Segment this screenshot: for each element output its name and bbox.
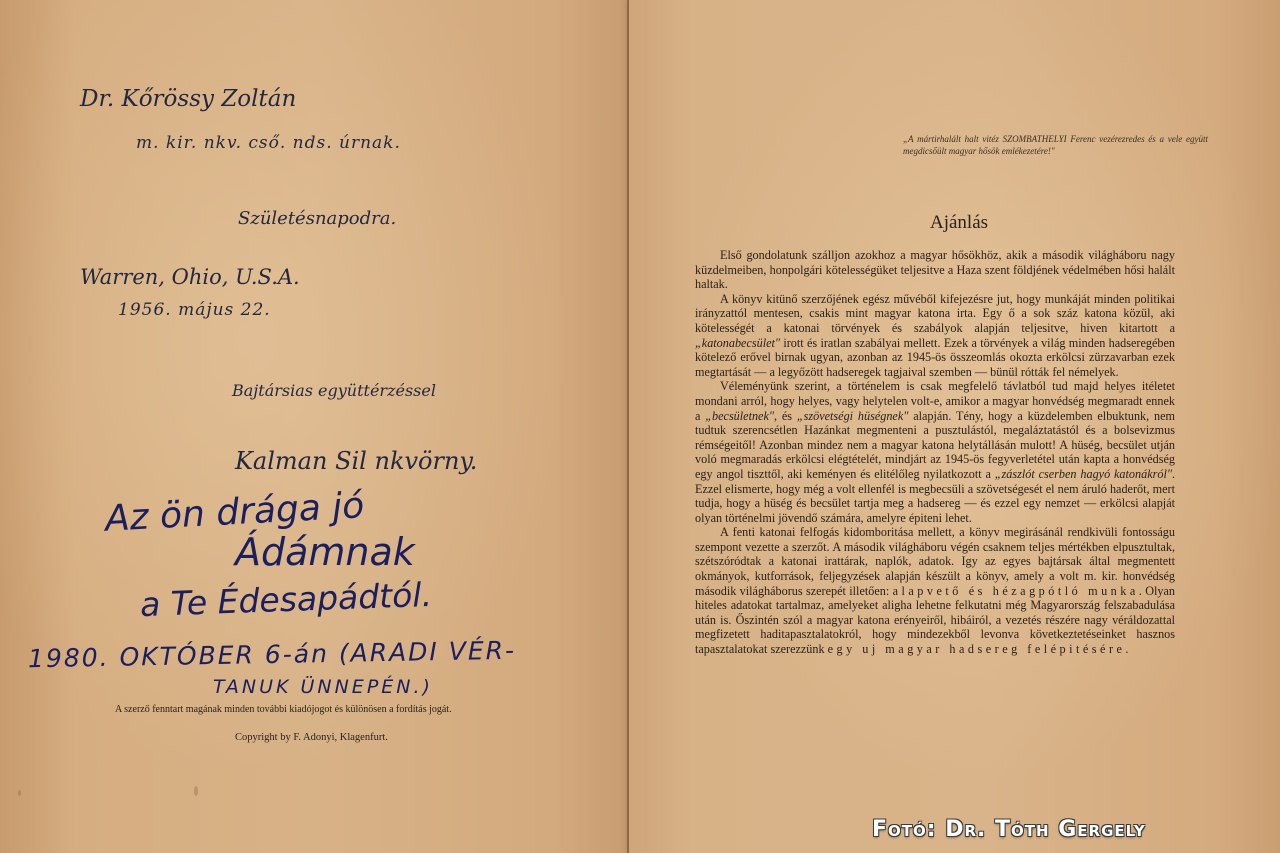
paper-stain xyxy=(194,786,198,796)
copyright-line: Copyright by F. Adonyi, Klagenfurt. xyxy=(235,732,388,743)
inscription-date: 1956. május 22. xyxy=(118,300,271,320)
paragraph-3: Véleményünk szerint, a történelem is csa… xyxy=(695,379,1175,525)
inscription-occasion: Születésnapodra. xyxy=(238,208,396,229)
paragraph-4: A fenti katonai felfogás kidomboritása m… xyxy=(695,525,1175,656)
inscription-recipient: Dr. Kőrössy Zoltán xyxy=(80,86,296,112)
paragraph-text: Első gondolatunk szálljon azokhoz a magy… xyxy=(695,248,1175,291)
emphasis: „zászlót cserben hagyó katonákról" xyxy=(995,467,1172,481)
emphasis: „katonabecsület" xyxy=(695,336,780,350)
emphasis: „szövetségi hüségnek" xyxy=(797,409,909,423)
paper-stain xyxy=(18,790,21,796)
inscription-place: Warren, Ohio, U.S.A. xyxy=(80,265,300,289)
inscription-closing: Bajtársias együttérzéssel xyxy=(232,381,436,400)
paragraph-2: A könyv kitünő szerzőjének egész művéből… xyxy=(695,292,1175,380)
paragraph-text: A könyv kitünő szerzőjének egész művéből… xyxy=(695,292,1175,335)
epigraph: „A mártirhalált halt vitéz SZOMBATHELYI … xyxy=(903,134,1208,157)
open-book-spread: Dr. Kőrössy Zoltán m. kir. nkv. cső. nds… xyxy=(0,0,1280,853)
spaced-emphasis: alapvető és hézagpótló munka xyxy=(893,584,1139,598)
spaced-emphasis: egy uj magyar hadsereg felépitésére xyxy=(828,642,1126,656)
inscription-title-line: m. kir. nkv. cső. nds. úrnak. xyxy=(136,133,401,153)
emphasis: „becsületnek" xyxy=(705,409,774,423)
inscription-1980-line5: TANUK ÜNNEPÉN.) xyxy=(213,676,433,698)
rights-notice: A szerző fenntart magának minden további… xyxy=(115,704,452,715)
page-title: Ajánlás xyxy=(930,212,988,234)
inscription-1980-line2: Ádámnak xyxy=(235,530,415,574)
paragraph-1: Első gondolatunk szálljon azokhoz a magy… xyxy=(695,248,1175,292)
photo-credit-watermark: Fotó: Dr. Tóth Gergely xyxy=(872,817,1146,842)
paragraph-text: , és xyxy=(774,409,797,423)
left-page xyxy=(0,0,628,853)
paragraph-text: . xyxy=(1125,642,1128,656)
inscription-signature: Kalman Sil nkvörny. xyxy=(235,447,477,475)
dedication-body: Első gondolatunk szálljon azokhoz a magy… xyxy=(695,248,1175,657)
